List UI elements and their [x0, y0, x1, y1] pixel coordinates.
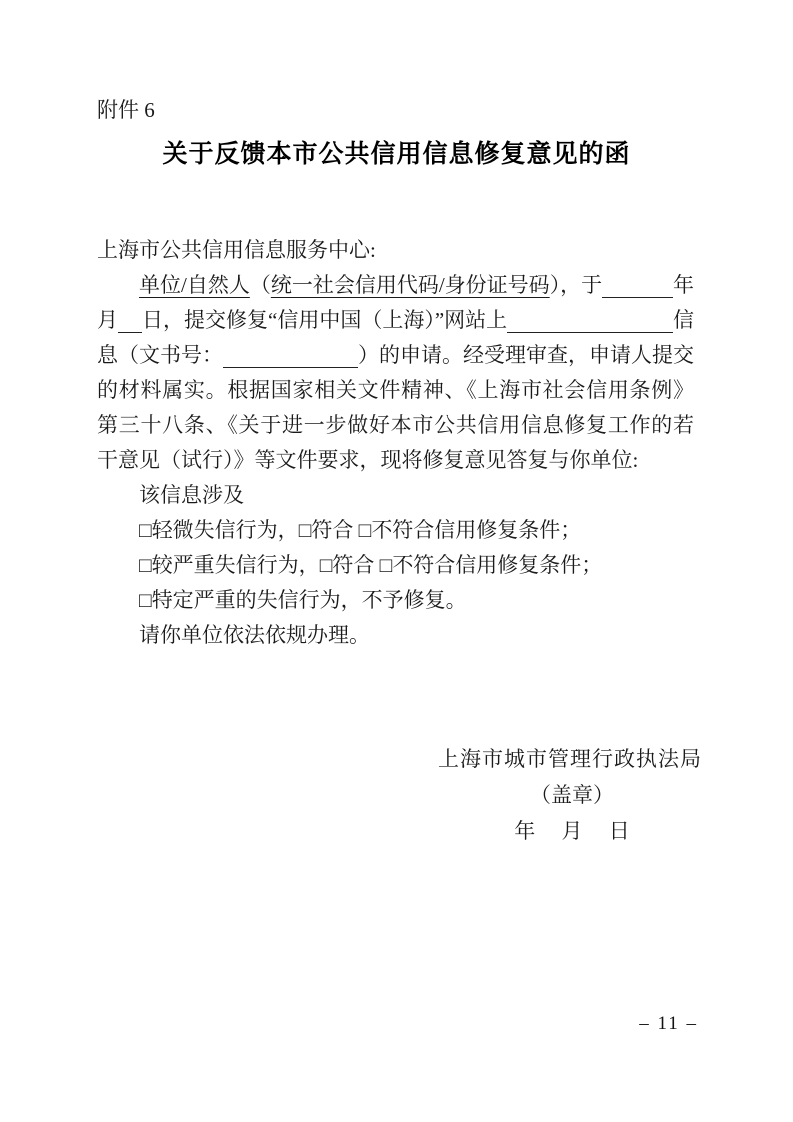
body-line: □较严重失信行为，□符合 □不符合信用修复条件； [97, 548, 694, 583]
document-page: 附件 6 关于反馈本市公共信用信息修复意见的函 上海市公共信用信息服务中心:单位… [0, 0, 793, 1122]
text-segment: 不符合信用修复条件； [392, 553, 602, 577]
checkbox-icon: □ [320, 553, 333, 577]
text-segment: （ [250, 268, 271, 303]
text-segment: 轻微失信行为， [152, 518, 299, 542]
body-line: 干意见（试行）》等文件要求，现将修复意见答复与你单位: [97, 443, 694, 478]
body-line: 的材料属实。根据国家相关文件精神、《上海市社会信用条例》 [97, 373, 694, 408]
checkbox-icon: □ [299, 518, 312, 542]
text-segment: 第三十八条、《关于进一步做好本市公共信用信息修复工作的若 [97, 413, 694, 437]
document-title: 关于反馈本市公共信用信息修复意见的函 [0, 134, 793, 170]
signature-seal: （盖章） [438, 777, 706, 813]
signature-date: 年 月 日 [438, 813, 706, 849]
body-line: 单位/自然人（统一社会信用代码/身份证号码），于年 [97, 268, 694, 303]
text-segment: 信 [673, 303, 694, 338]
document-body: 上海市公共信用信息服务中心:单位/自然人（统一社会信用代码/身份证号码），于年月… [97, 233, 694, 653]
text-segment: ）的申请。经受理审查，申请人提交 [358, 338, 694, 373]
blank-underline [118, 303, 142, 333]
signature-block: 上海市城市管理行政执法局 （盖章） 年 月 日 [438, 741, 706, 849]
text-segment: 的材料属实。根据国家相关文件精神、《上海市社会信用条例》 [97, 378, 694, 402]
body-line: 请你单位依法依规办理。 [97, 618, 694, 653]
checkbox-icon: □ [139, 518, 152, 542]
body-line: 月日，提交修复“信用中国（上海）”网站上信 [97, 303, 694, 338]
text-segment: 日，提交修复“信用中国（上海）”网站上 [142, 303, 507, 338]
text-segment: 干意见（试行）》等文件要求，现将修复意见答复与你单位: [97, 448, 638, 472]
blank-underline [602, 268, 673, 298]
text-segment: 符合 [311, 518, 358, 542]
blank-underline [507, 303, 673, 333]
checkbox-icon: □ [359, 518, 372, 542]
blank-underline [223, 338, 358, 368]
text-segment: 不符合信用修复条件； [371, 518, 581, 542]
text-segment: 符合 [332, 553, 379, 577]
attachment-label: 附件 6 [97, 97, 155, 123]
text-segment: ），于 [550, 268, 603, 303]
text-segment: 单位/自然人 [139, 268, 250, 303]
body-line: 上海市公共信用信息服务中心: [97, 233, 694, 268]
page-number: – 11 – [639, 1012, 698, 1036]
text-segment: 特定严重的失信行为，不予修复。 [152, 588, 467, 612]
text-segment: 统一社会信用代码/身份证号码 [271, 268, 550, 303]
body-line: 息（文书号：）的申请。经受理审查，申请人提交 [97, 338, 694, 373]
body-line: 第三十八条、《关于进一步做好本市公共信用信息修复工作的若 [97, 408, 694, 443]
body-line: 该信息涉及 [97, 478, 694, 513]
text-segment: 请你单位依法依规办理。 [139, 623, 370, 647]
text-segment: 较严重失信行为， [152, 553, 320, 577]
body-line: □轻微失信行为，□符合 □不符合信用修复条件； [97, 513, 694, 548]
body-line: □特定严重的失信行为，不予修复。 [97, 583, 694, 618]
text-segment: 月 [97, 303, 118, 338]
signature-org: 上海市城市管理行政执法局 [438, 741, 706, 777]
text-segment: 年 [673, 268, 694, 303]
text-segment: 上海市公共信用信息服务中心: [97, 238, 376, 262]
checkbox-icon: □ [380, 553, 393, 577]
checkbox-icon: □ [139, 588, 152, 612]
text-segment: 息（文书号： [97, 338, 223, 373]
text-segment: 该信息涉及 [139, 483, 244, 507]
checkbox-icon: □ [139, 553, 152, 577]
